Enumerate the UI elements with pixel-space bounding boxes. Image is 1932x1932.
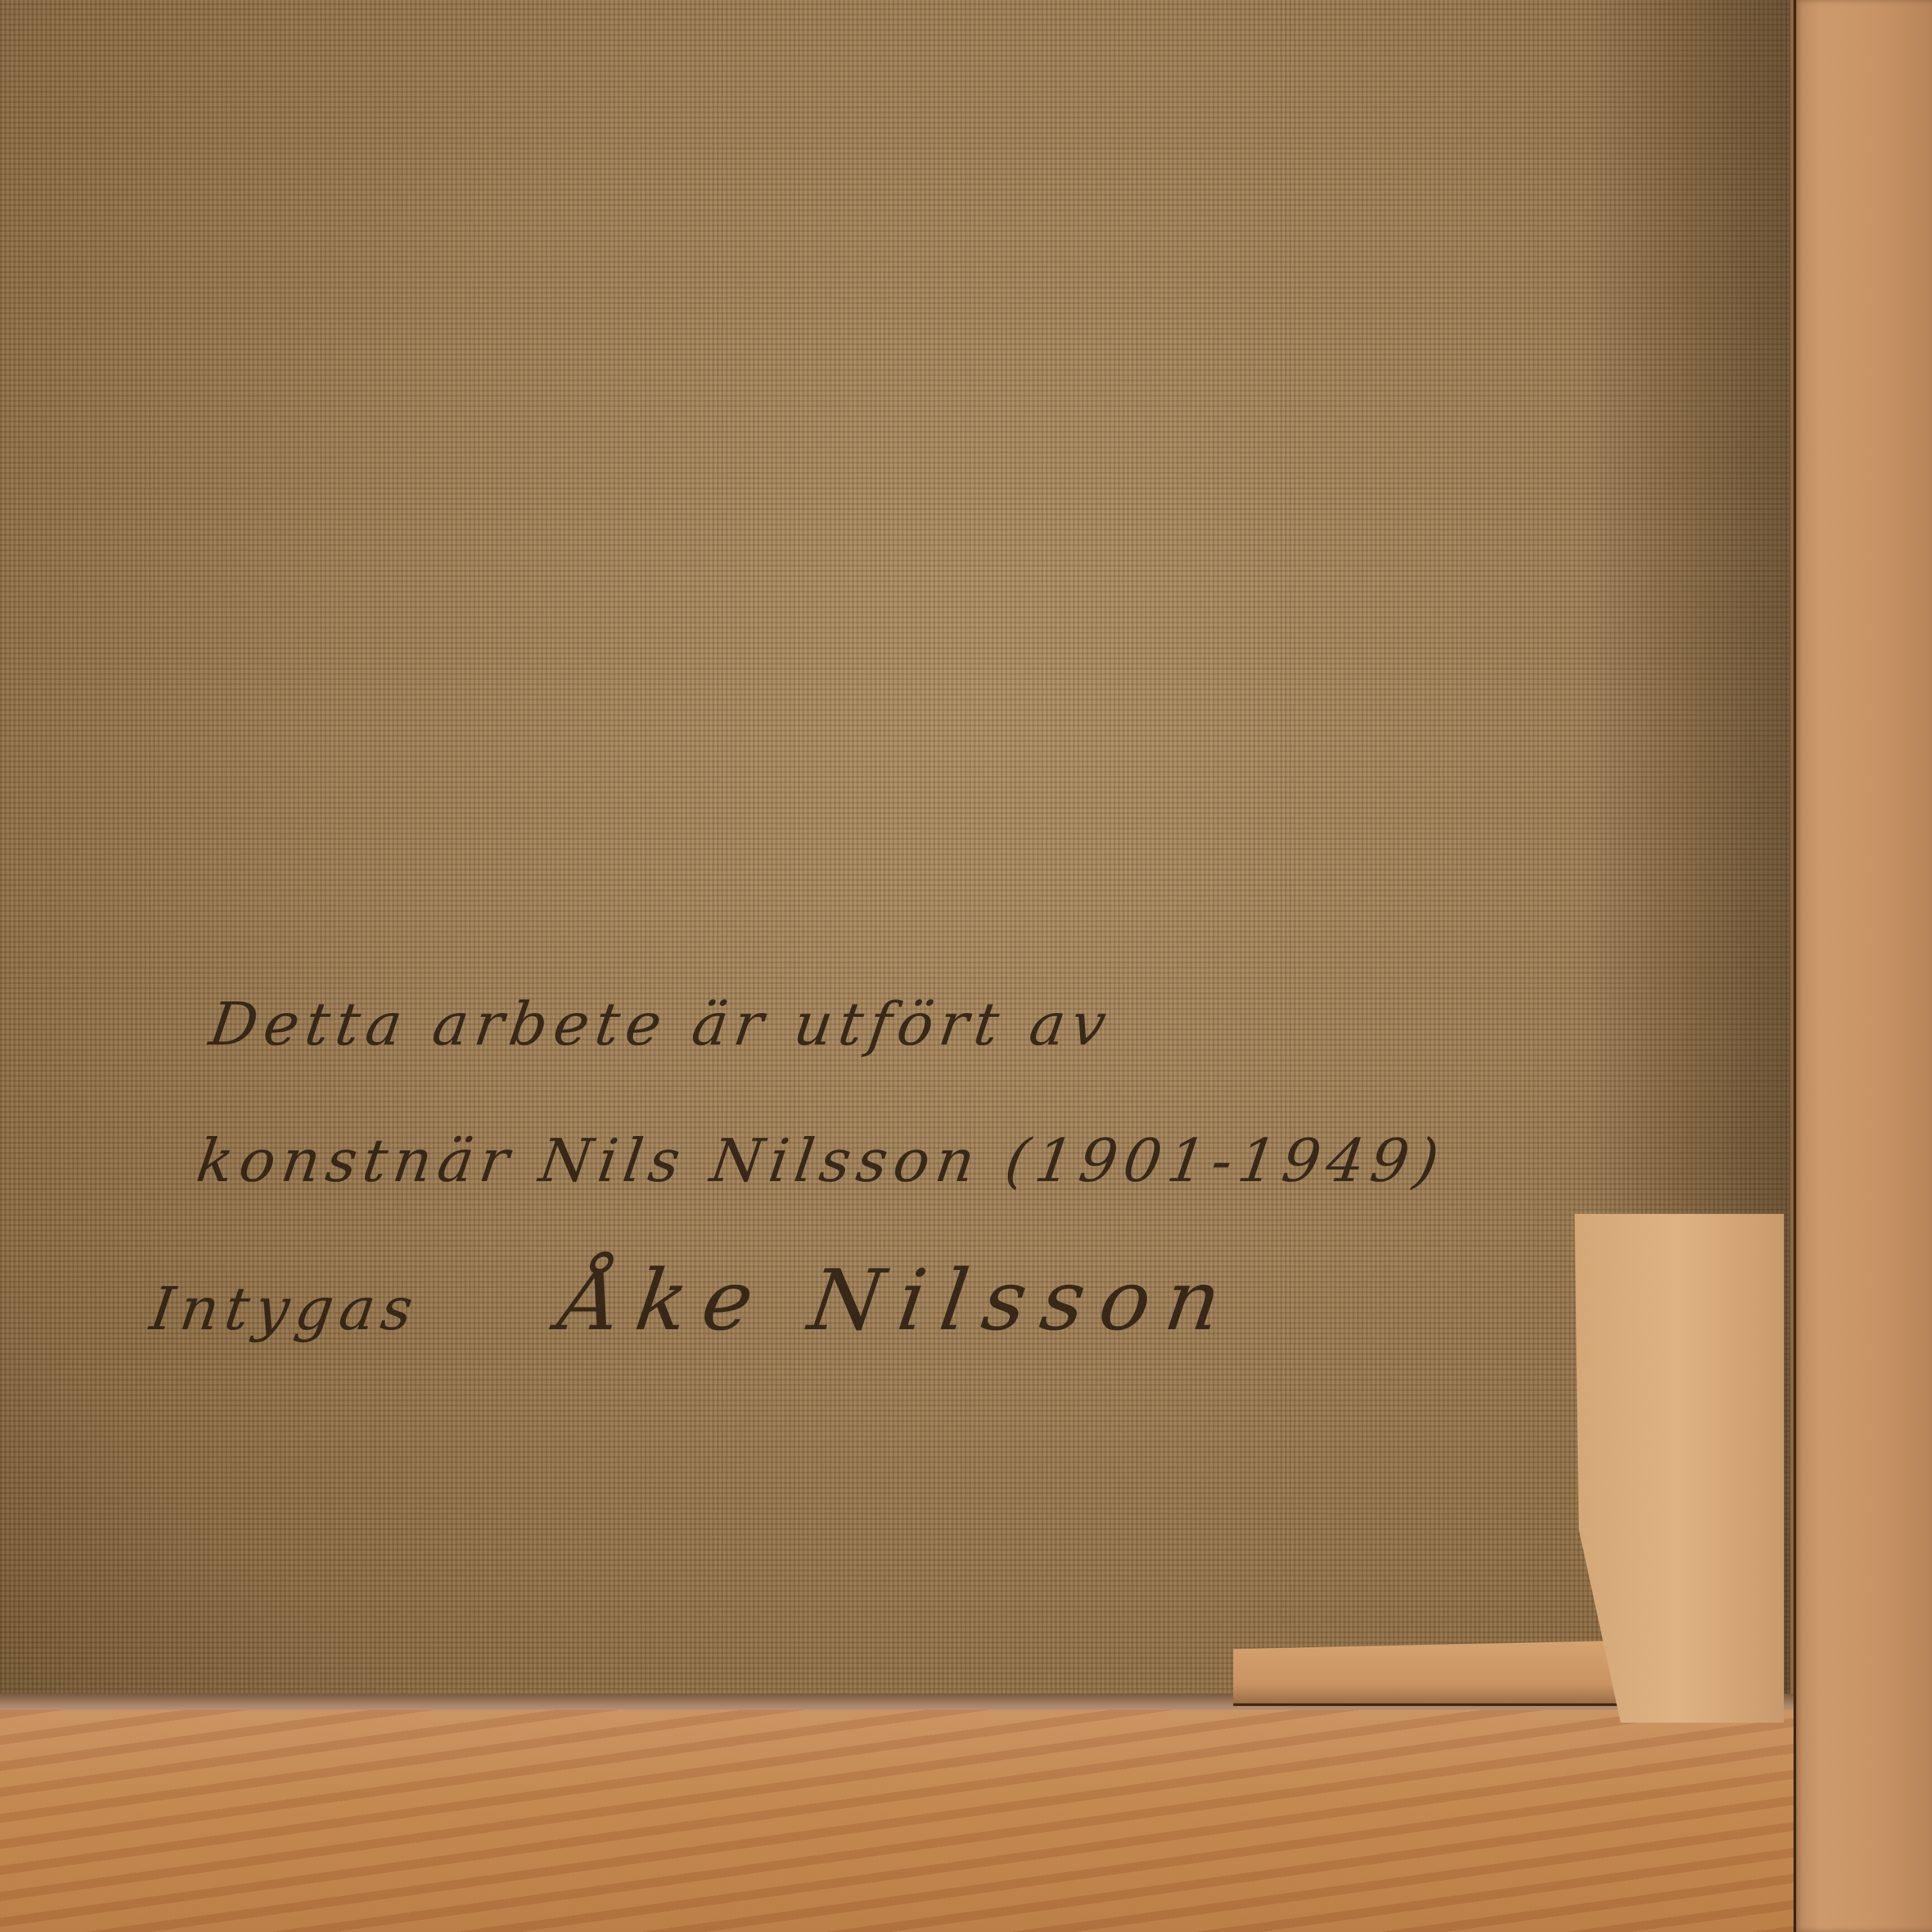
stretcher-bar-right (1794, 0, 1932, 1932)
attestation-label: Intygas (146, 1274, 424, 1343)
corner-key-vertical (1575, 1214, 1784, 1723)
handwritten-inscription: Detta arbete är utfört av konstnär Nils … (146, 995, 1468, 1342)
canvas-back (0, 0, 1790, 1700)
stretcher-bar-bottom (0, 1710, 1794, 1932)
signature: Åke Nilsson (554, 1251, 1242, 1349)
inscription-line-3: Intygas Åke Nilsson (146, 1258, 1431, 1342)
inscription-line-2: konstnär Nils Nilsson (1901-1949) (193, 1132, 1448, 1191)
inscription-line-1: Detta arbete är utfört av (206, 995, 1468, 1054)
